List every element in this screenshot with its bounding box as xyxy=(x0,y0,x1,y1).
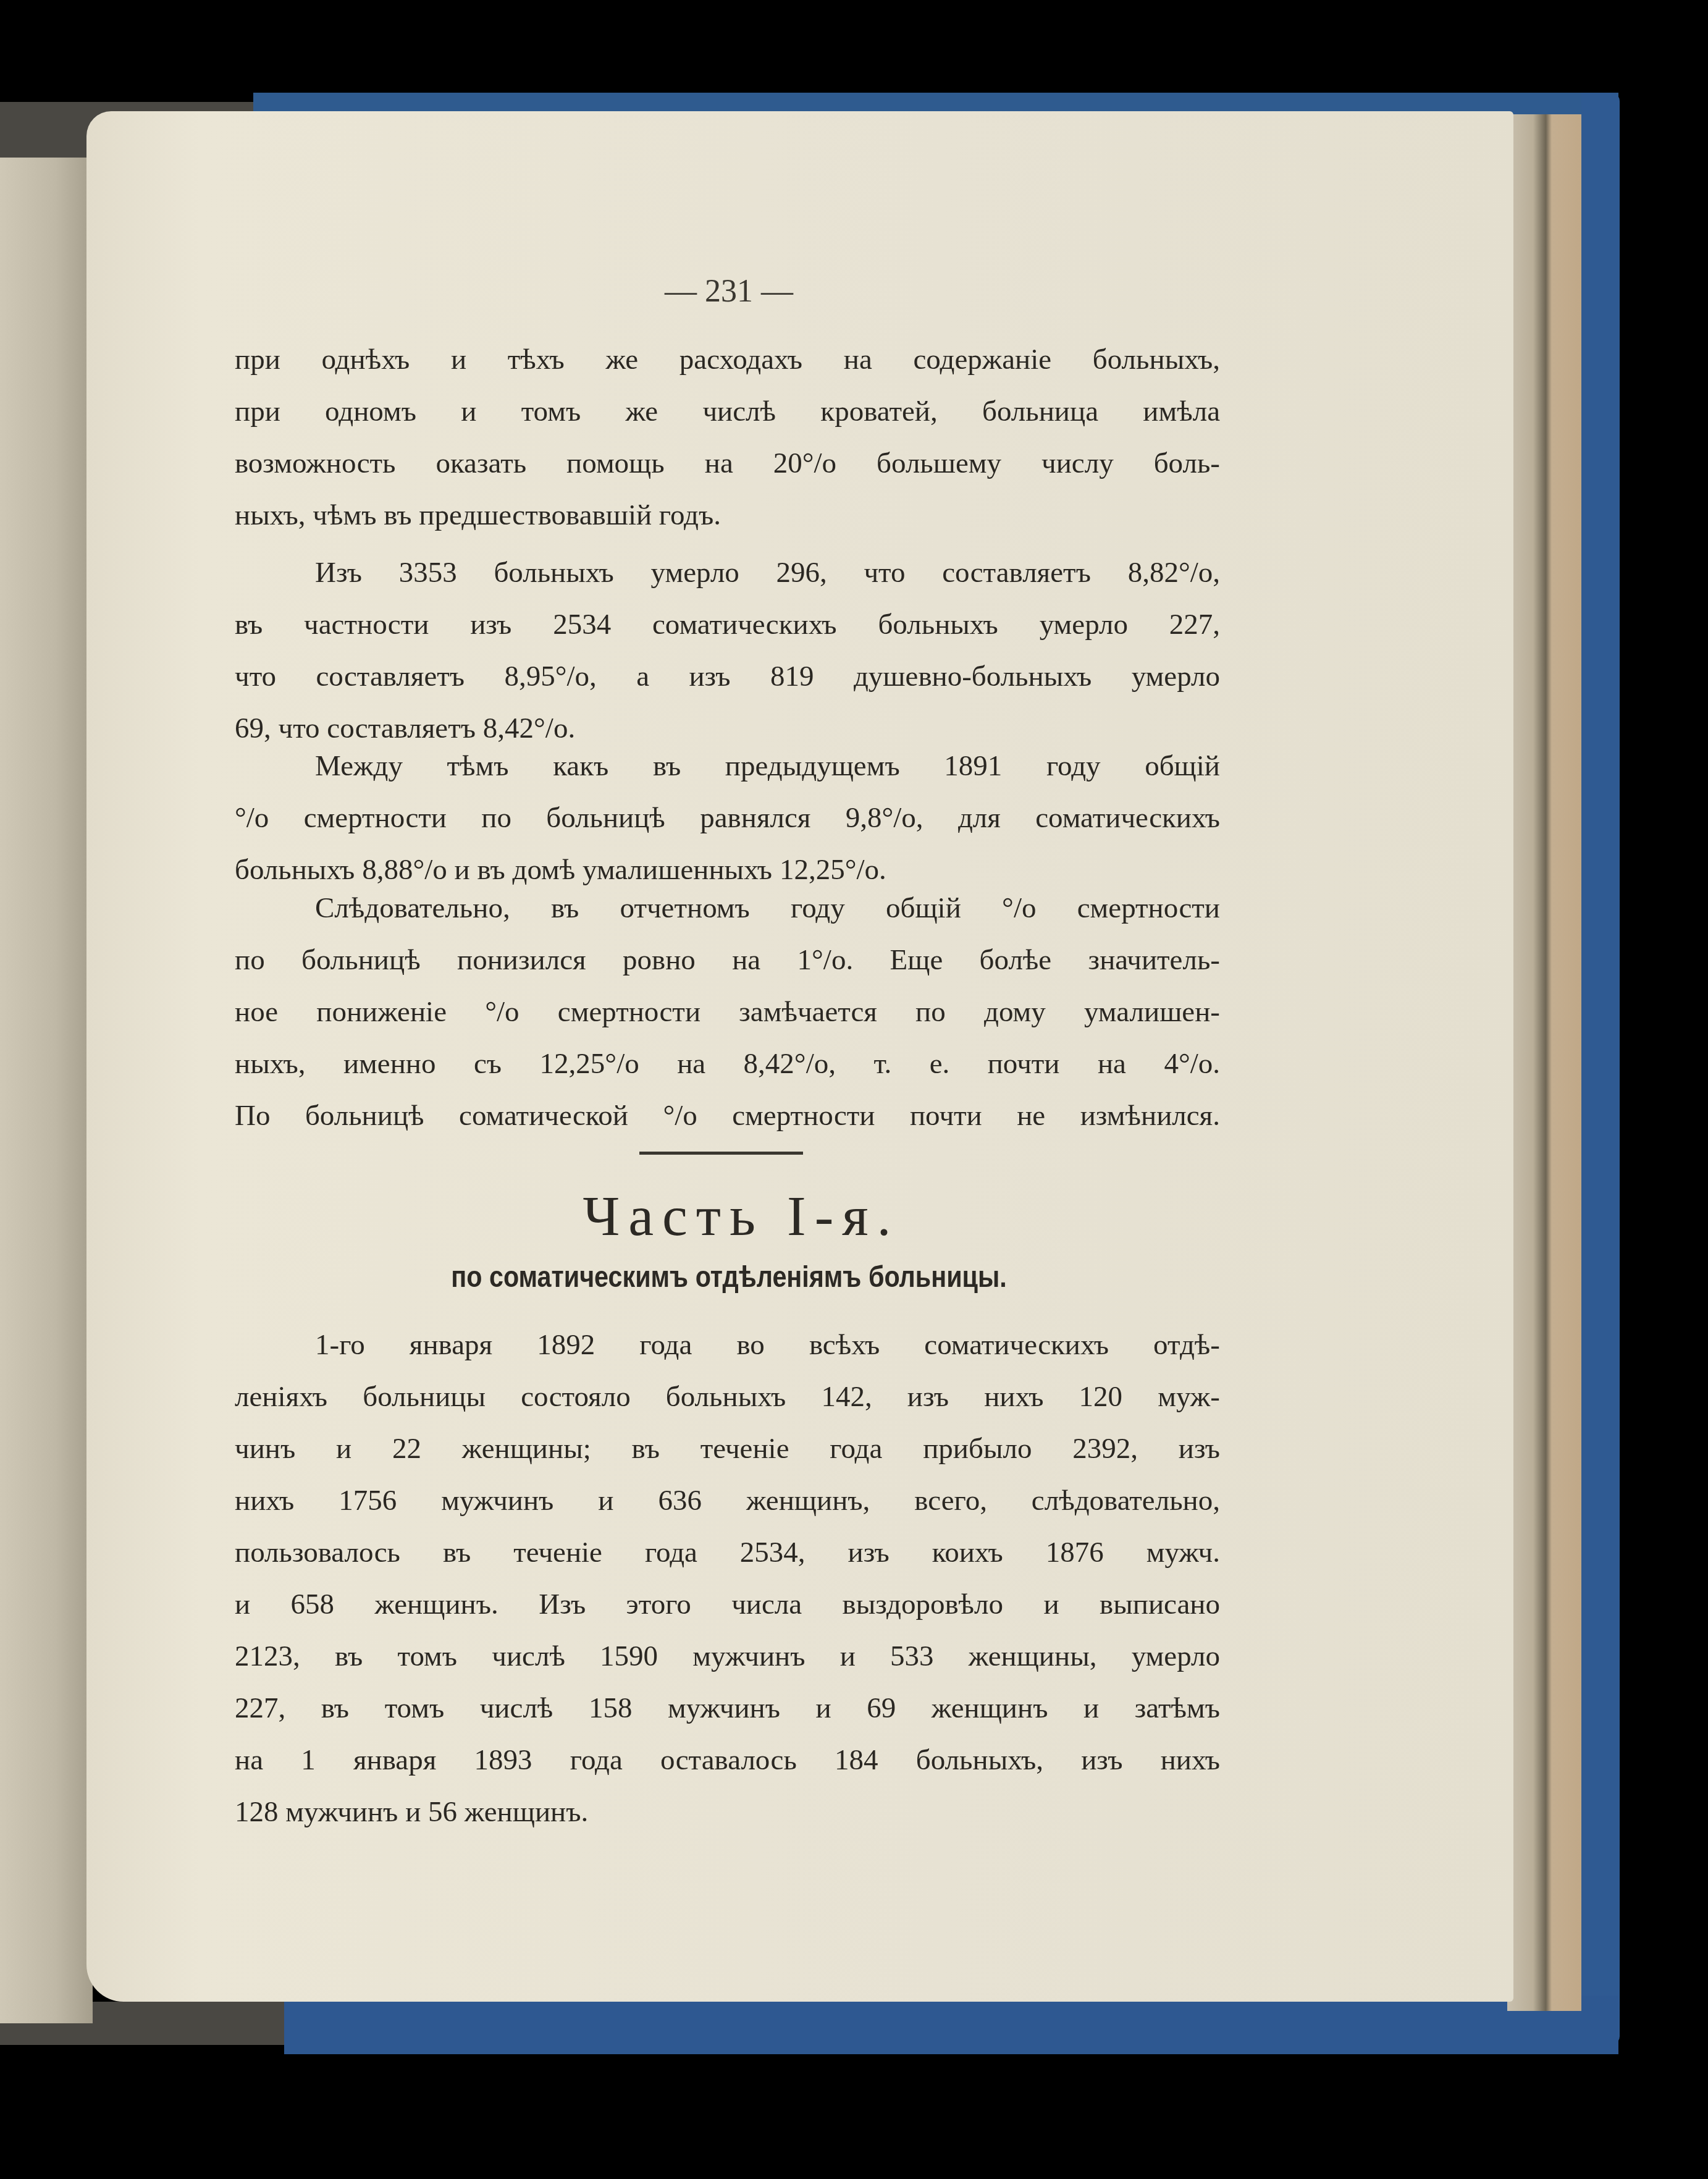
text-line: леніяхъ больницы состояло больныхъ 142, … xyxy=(235,1371,1220,1423)
text-line: 227, въ томъ числѣ 158 мужчинъ и 69 женщ… xyxy=(235,1682,1220,1734)
text-line: что составляетъ 8,95°/o, а изъ 819 душев… xyxy=(235,651,1220,702)
text-line: нихъ 1756 мужчинъ и 636 женщинъ, всего, … xyxy=(235,1475,1220,1527)
text-line: Между тѣмъ какъ въ предыдущемъ 1891 году… xyxy=(235,740,1220,792)
text-line: при однѣхъ и тѣхъ же расходахъ на содерж… xyxy=(235,334,1220,386)
text-line: пользовалось въ теченіе года 2534, изъ к… xyxy=(235,1527,1220,1578)
chapter-title: Часть I-я. xyxy=(494,1183,988,1249)
text-line: Слѣдовательно, въ отчетномъ году общій °… xyxy=(235,882,1220,934)
paragraph-mortality-1892: Изъ 3353 больныхъ умерло 296, что состав… xyxy=(235,547,1220,754)
chapter-subtitle: по соматическимъ отдѣленіямъ больницы. xyxy=(400,1260,1058,1294)
paragraph-somatic-departments: 1-го января 1892 года во всѣхъ соматичес… xyxy=(235,1319,1220,1838)
text-line: при одномъ и томъ же числѣ кроватей, бол… xyxy=(235,386,1220,437)
text-line: 128 мужчинъ и 56 женщинъ. xyxy=(235,1786,1220,1838)
text-line: °/o смертности по больницѣ равнялся 9,8°… xyxy=(235,792,1220,844)
text-line: ныхъ, чѣмъ въ предшествовавшій годъ. xyxy=(235,489,1220,541)
book-cover-bottom-edge xyxy=(284,1996,1618,2054)
paragraph-mortality-1891: Между тѣмъ какъ въ предыдущемъ 1891 году… xyxy=(235,740,1220,896)
text-line: чинъ и 22 женщины; въ теченіе года прибы… xyxy=(235,1423,1220,1475)
page-number: — 231 — xyxy=(642,273,815,310)
section-divider-rule xyxy=(639,1152,803,1155)
text-line: Изъ 3353 больныхъ умерло 296, что состав… xyxy=(235,547,1220,599)
text-line: въ частности изъ 2534 соматическихъ боль… xyxy=(235,599,1220,651)
text-line: и 658 женщинъ. Изъ этого числа выздоровѣ… xyxy=(235,1578,1220,1630)
page-stack-edges xyxy=(1507,114,1581,2011)
left-page-edge xyxy=(0,158,93,2023)
book-cover-right-edge xyxy=(1581,93,1620,2045)
paragraph-conclusion: Слѣдовательно, въ отчетномъ году общій °… xyxy=(235,882,1220,1142)
text-line: По больницѣ соматической °/o смертности … xyxy=(235,1090,1220,1142)
text-line: возможность оказать помощь на 20°/o боль… xyxy=(235,437,1220,489)
text-line: 1-го января 1892 года во всѣхъ соматичес… xyxy=(235,1319,1220,1371)
text-line: ное пониженіе °/o смертности замѣчается … xyxy=(235,986,1220,1038)
text-line: на 1 января 1893 года оставалось 184 бол… xyxy=(235,1734,1220,1786)
text-line: 2123, въ томъ числѣ 1590 мужчинъ и 533 ж… xyxy=(235,1630,1220,1682)
paragraph-continuation: при однѣхъ и тѣхъ же расходахъ на содерж… xyxy=(235,334,1220,541)
text-line: по больницѣ понизился ровно на 1°/o. Еще… xyxy=(235,934,1220,986)
text-line: ныхъ, именно съ 12,25°/o на 8,42°/o, т. … xyxy=(235,1038,1220,1090)
